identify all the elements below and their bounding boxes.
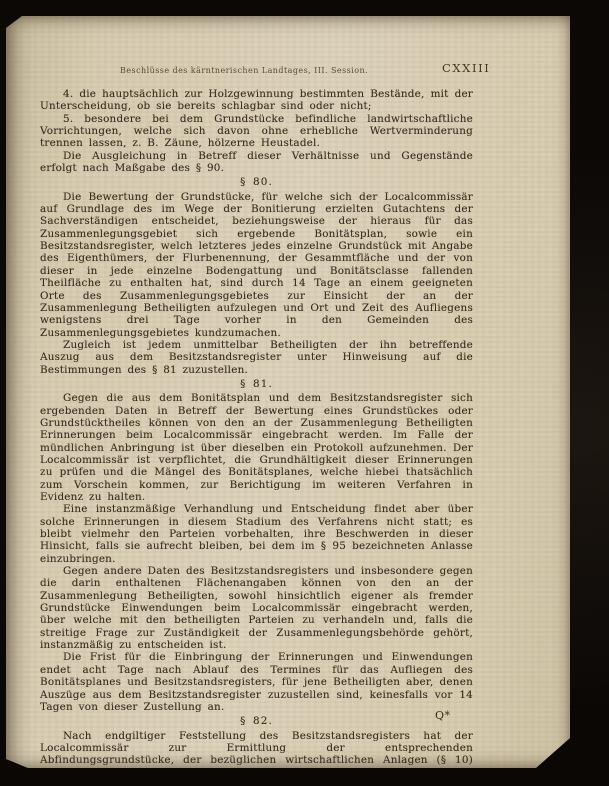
running-title: Beschlüsse des kärntnerischen Landtages,… [120,66,368,76]
paragraph-80-2: Zugleich ist jedem unmittelbar Betheilig… [40,339,473,376]
paragraph-80-1: Die Bewertung der Grundstücke, für welch… [40,191,473,339]
paragraph-item-4: 4. die hauptsächlich zur Holzgewinnung b… [40,88,473,113]
paragraph-item-5: 5. besondere bei dem Grundstücke befindl… [40,113,473,150]
signature-mark: Q* [435,709,451,722]
text-column: 4. die hauptsächlich zur Holzgewinnung b… [40,88,473,786]
paragraph-81-4: Die Frist für die Einbringung der Erinne… [40,651,473,713]
paragraph-81-2: Eine instanzmäßige Verhandlung und Entsc… [40,503,473,565]
paragraph-81-3: Gegen andere Daten des Besitzstandsregis… [40,565,473,651]
paragraph-81-1: Gegen die aus dem Bonitätsplan und dem B… [40,392,473,503]
section-heading-81: § 81. [40,378,473,390]
document-page: Beschlüsse des kärntnerischen Landtages,… [6,16,570,768]
paragraph-ausgleichung: Die Ausgleichung in Betreff dieser Verhä… [40,150,473,175]
page-number: CXXIII [442,62,490,75]
section-heading-80: § 80. [40,176,473,188]
section-heading-82: § 82. [40,715,473,727]
